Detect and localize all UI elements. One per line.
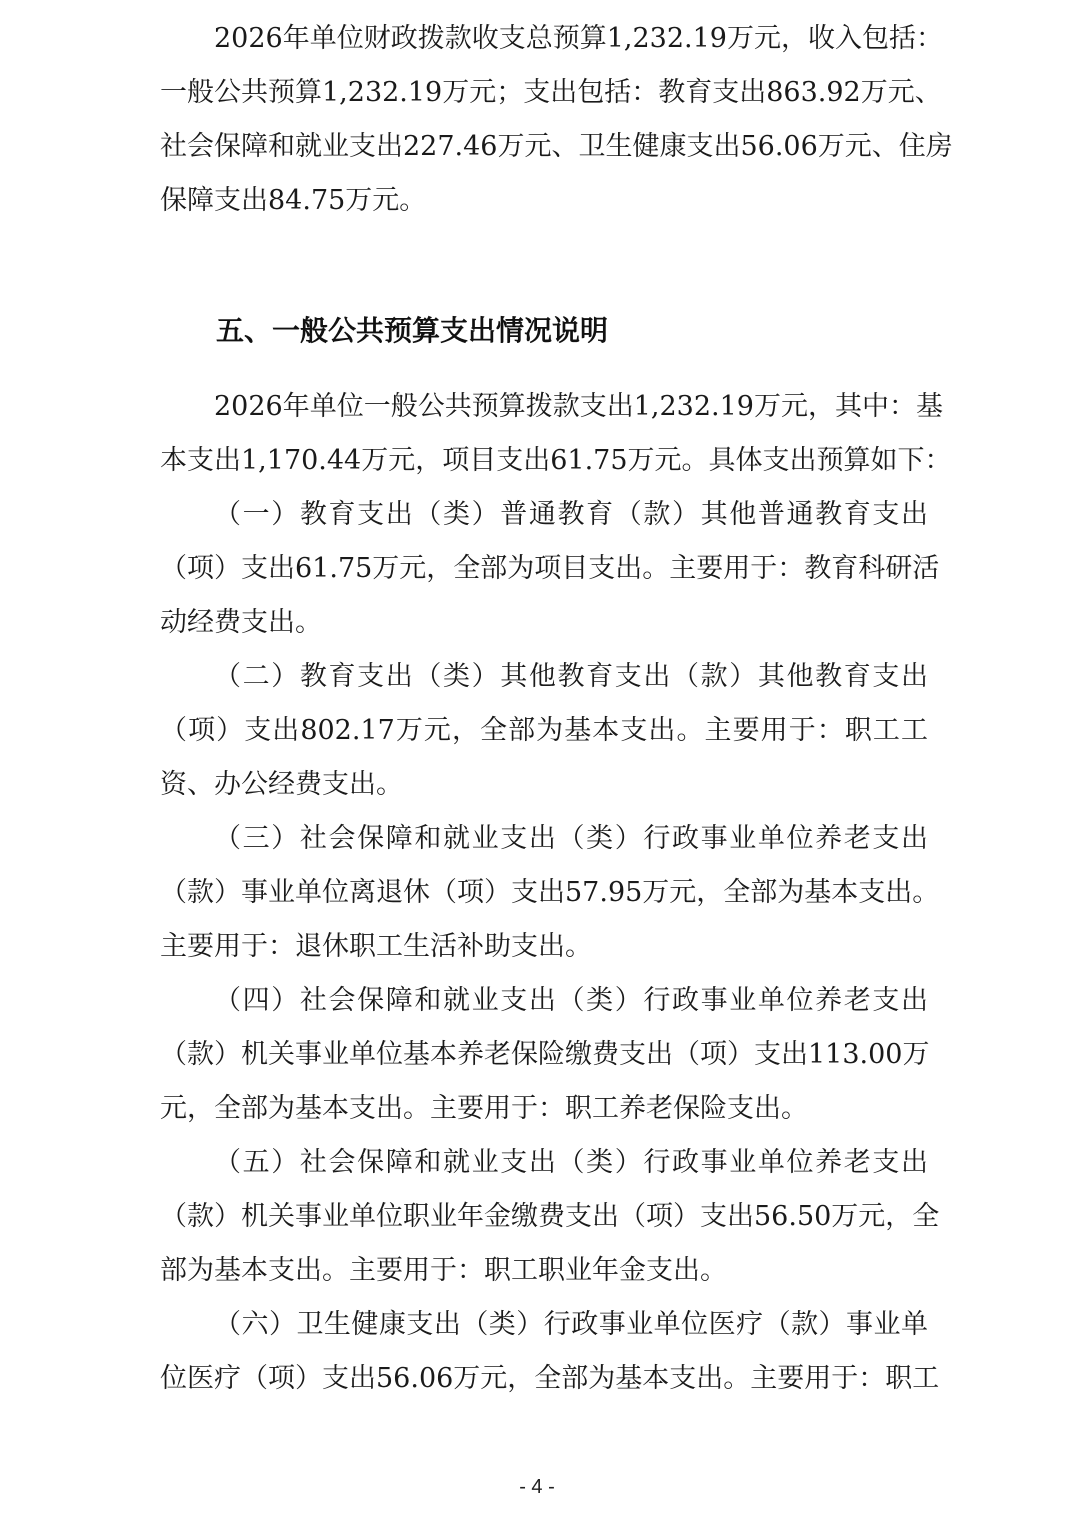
text-line: 主要用于：退休职工生活补助支出。 xyxy=(160,930,928,964)
text-line: 动经费支出。 xyxy=(160,606,928,640)
text-line: （款）机关事业单位基本养老保险缴费支出（项）支出113.00万 xyxy=(160,1038,928,1072)
text-line: （款）事业单位离退休（项）支出57.95万元，全部为基本支出。 xyxy=(160,876,928,910)
text-line: （一）教育支出（类）普通教育（款）其他普通教育支出 xyxy=(214,498,928,532)
text-line: （四）社会保障和就业支出（类）行政事业单位养老支出 xyxy=(214,984,928,1018)
section-heading: 五、一般公共预算支出情况说明 xyxy=(216,313,608,349)
text-line: 位医疗（项）支出56.06万元，全部为基本支出。主要用于：职工 xyxy=(160,1362,928,1396)
text-line: 部为基本支出。主要用于：职工职业年金支出。 xyxy=(160,1254,928,1288)
text-line: （五）社会保障和就业支出（类）行政事业单位养老支出 xyxy=(214,1146,928,1180)
text-line: 一般公共预算1,232.19万元；支出包括：教育支出863.92万元、 xyxy=(160,76,928,110)
text-line: （款）机关事业单位职业年金缴费支出（项）支出56.50万元，全 xyxy=(160,1200,928,1234)
text-line: （项）支出802.17万元，全部为基本支出。主要用于：职工工 xyxy=(160,714,928,748)
text-line: （三）社会保障和就业支出（类）行政事业单位养老支出 xyxy=(214,822,928,856)
text-line: 资、办公经费支出。 xyxy=(160,768,928,802)
text-line: 2026年单位财政拨款收支总预算1,232.19万元，收入包括： xyxy=(214,22,928,56)
text-line: 2026年单位一般公共预算拨款支出1,232.19万元，其中：基 xyxy=(214,390,928,424)
text-line: （二）教育支出（类）其他教育支出（款）其他教育支出 xyxy=(214,660,928,694)
text-line: 元，全部为基本支出。主要用于：职工养老保险支出。 xyxy=(160,1092,928,1126)
text-line: （六）卫生健康支出（类）行政事业单位医疗（款）事业单 xyxy=(214,1308,928,1342)
text-line: 社会保障和就业支出227.46万元、卫生健康支出56.06万元、住房 xyxy=(160,130,928,164)
document-page: 2026年单位财政拨款收支总预算1,232.19万元，收入包括： 一般公共预算1… xyxy=(0,0,1074,1520)
text-line: 保障支出84.75万元。 xyxy=(160,184,928,218)
text-line: 本支出1,170.44万元，项目支出61.75万元。具体支出预算如下： xyxy=(160,444,928,478)
text-line: （项）支出61.75万元，全部为项目支出。主要用于：教育科研活 xyxy=(160,552,928,586)
page-number: - 4 - xyxy=(0,1476,1074,1499)
